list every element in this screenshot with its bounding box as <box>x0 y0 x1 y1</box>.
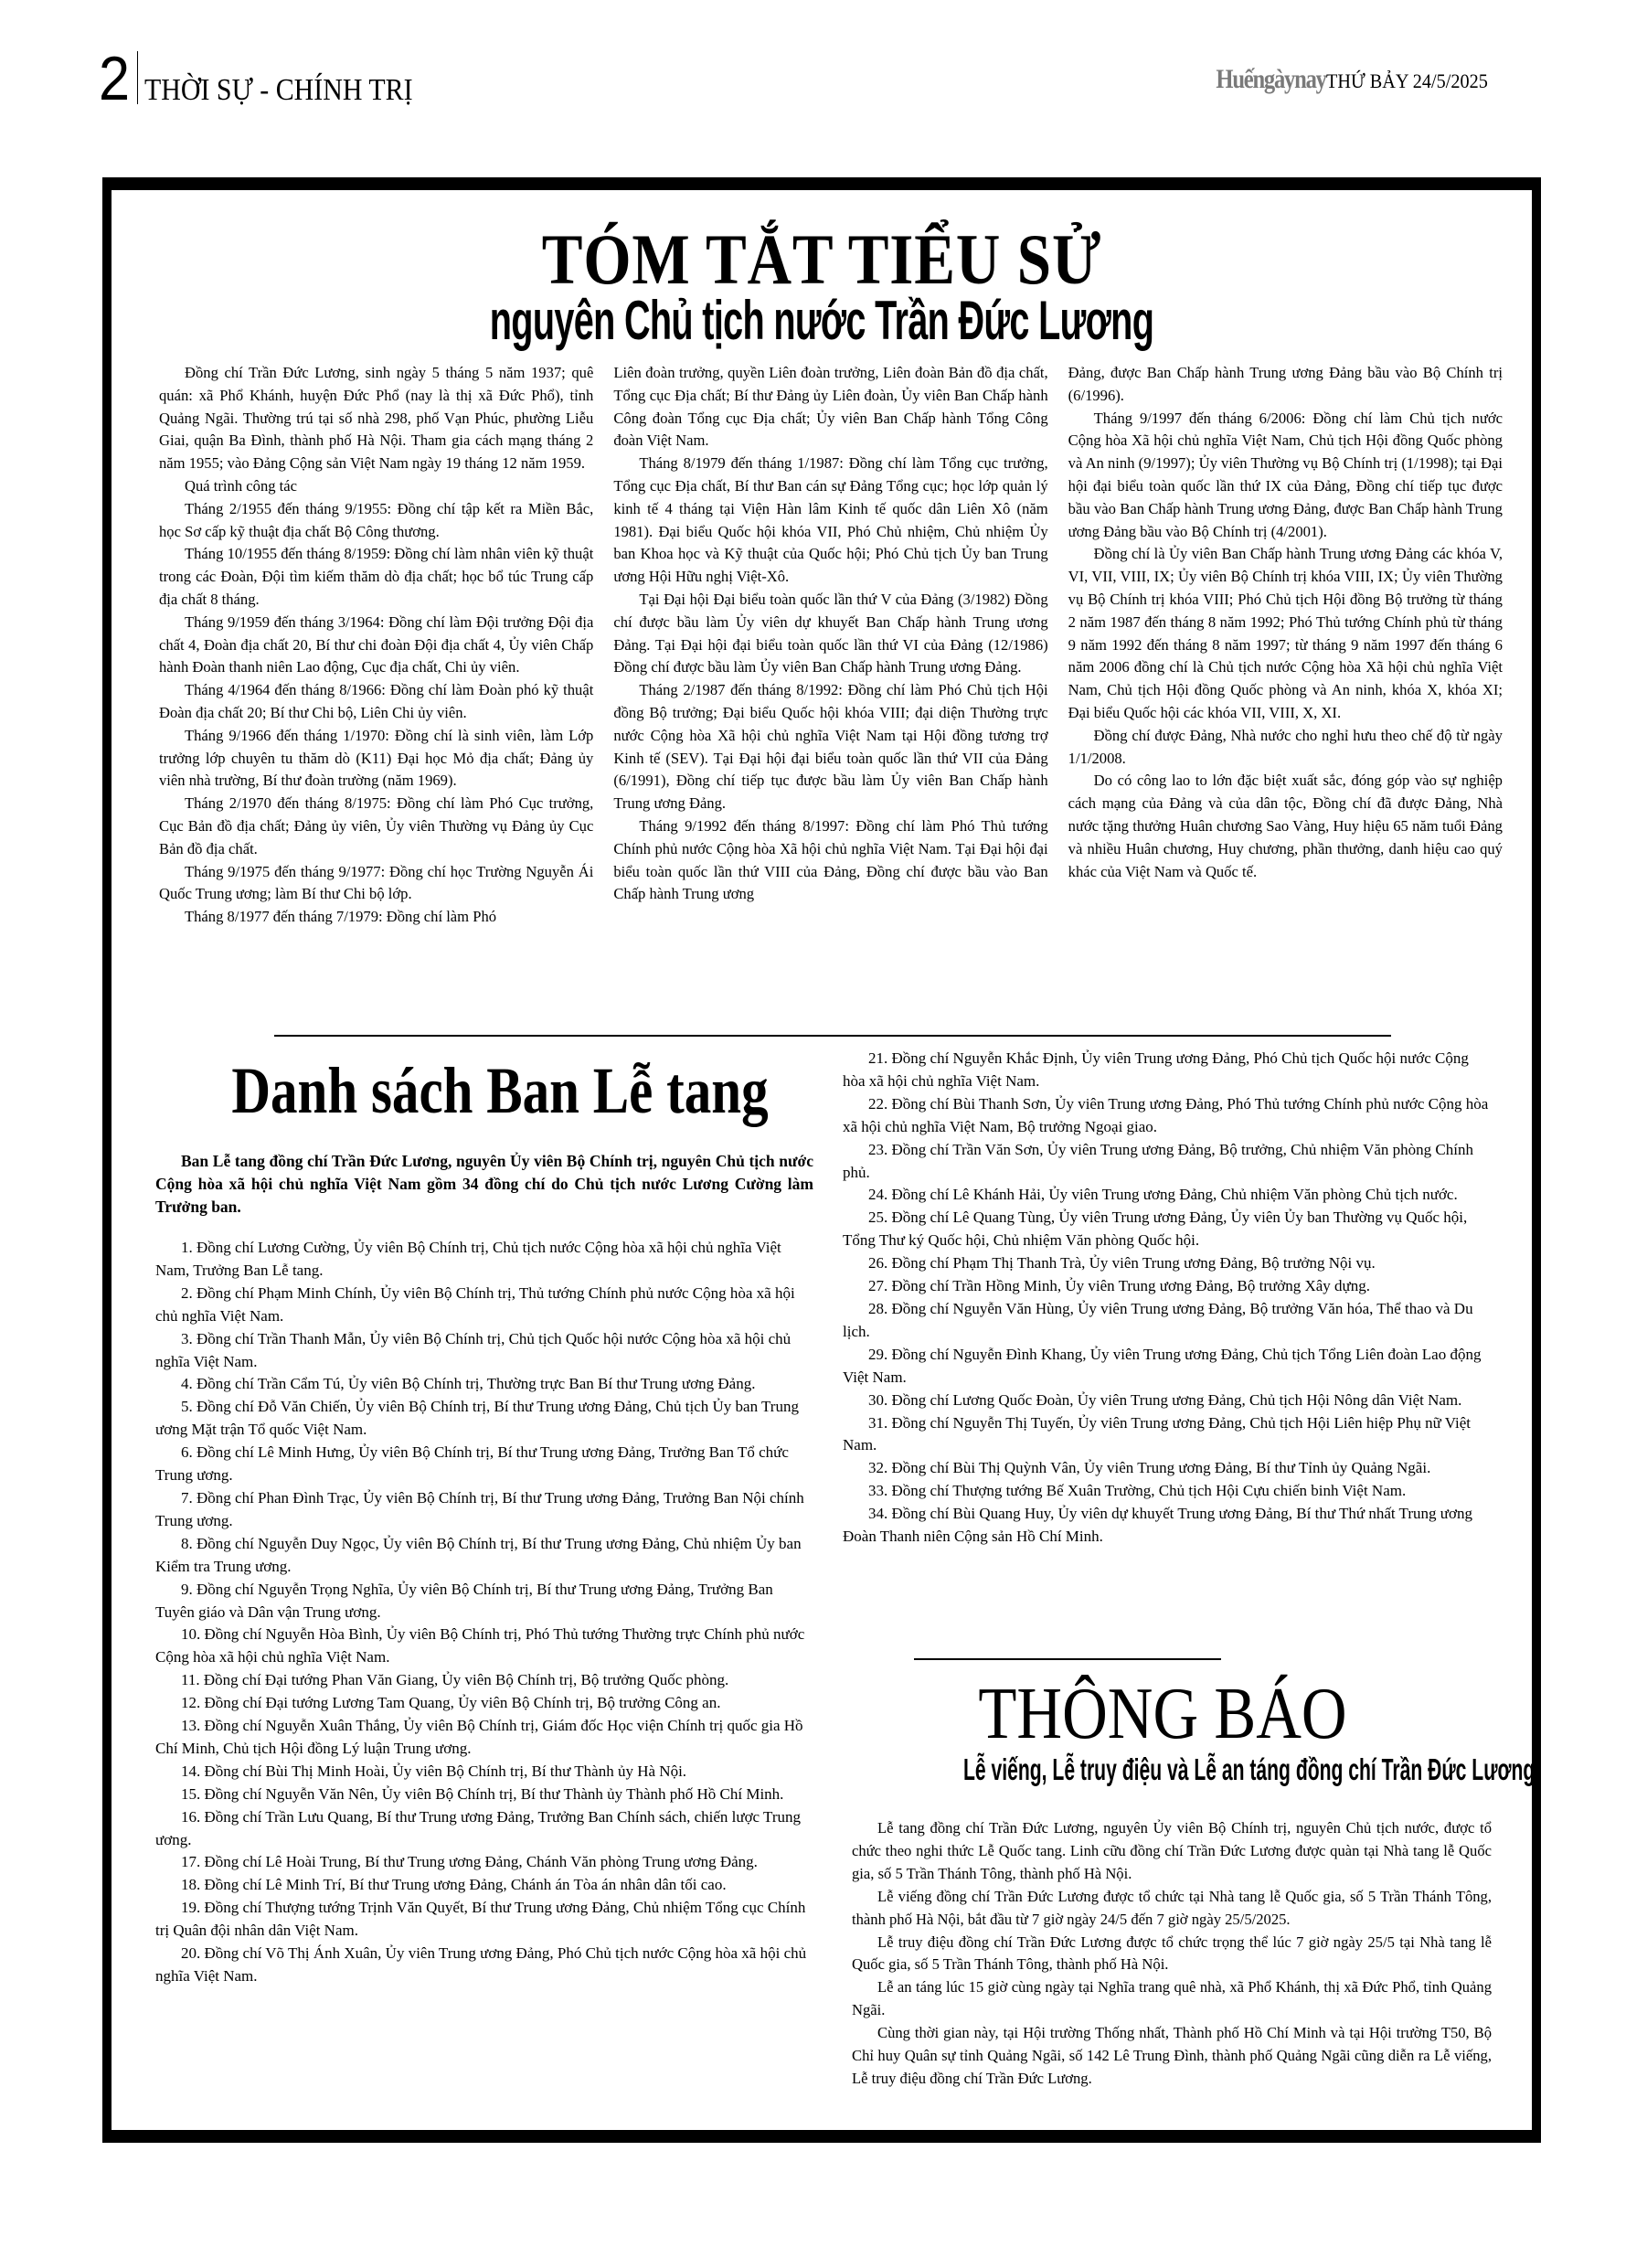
bio-paragraph: Liên đoàn trưởng, quyền Liên đoàn trưởng… <box>613 362 1047 453</box>
notice-paragraph: Lễ viếng đồng chí Trần Đức Lương được tổ… <box>852 1886 1492 1932</box>
committee-member: 3. Đồng chí Trần Thanh Mẫn, Ủy viên Bộ C… <box>155 1328 813 1374</box>
bio-paragraph: Tháng 9/1966 đến tháng 1/1970: Đồng chí … <box>159 725 593 793</box>
committee-list-left: 1. Đồng chí Lương Cường, Ủy viên Bộ Chín… <box>155 1237 813 1988</box>
committee-member: 16. Đồng chí Trần Lưu Quang, Bí thư Trun… <box>155 1806 813 1852</box>
bio-subtitle: nguyên Chủ tịch nước Trần Đức Lương <box>353 291 1291 351</box>
committee-member: 25. Đồng chí Lê Quang Tùng, Ủy viên Trun… <box>843 1207 1492 1252</box>
section-divider <box>274 1035 1391 1037</box>
notice-subtitle: Lễ viếng, Lễ truy điệu và Lễ an táng đồn… <box>963 1752 1373 1788</box>
committee-title: Danh sách Ban Lễ tang <box>211 1054 788 1127</box>
committee-member: 15. Đồng chí Nguyễn Văn Nên, Ủy viên Bộ … <box>155 1784 813 1806</box>
committee-member: 7. Đồng chí Phan Đình Trạc, Ủy viên Bộ C… <box>155 1487 813 1533</box>
committee-member: 14. Đồng chí Bùi Thị Minh Hoài, Ủy viên … <box>155 1761 813 1784</box>
obituary-box: TÓM TẮT TIỂU SỬ nguyên Chủ tịch nước Trầ… <box>102 177 1541 2143</box>
committee-member: 31. Đồng chí Nguyễn Thị Tuyến, Ủy viên T… <box>843 1412 1492 1458</box>
committee-member: 32. Đồng chí Bùi Thị Quỳnh Vân, Ủy viên … <box>843 1457 1492 1480</box>
notice-paragraph: Cùng thời gian này, tại Hội trường Thống… <box>852 2022 1492 2091</box>
notice-body: Lễ tang đồng chí Trần Đức Lương, nguyên … <box>852 1817 1492 2091</box>
notice-title: THÔNG BÁO <box>903 1676 1422 1752</box>
committee-member: 19. Đồng chí Thượng tướng Trịnh Văn Quyế… <box>155 1897 813 1943</box>
notice-paragraph: Lễ an táng lúc 15 giờ cùng ngày tại Nghĩ… <box>852 1976 1492 2022</box>
committee-member: 24. Đồng chí Lê Khánh Hải, Ủy viên Trung… <box>843 1184 1492 1207</box>
bio-paragraph: Đồng chí là Ủy viên Ban Chấp hành Trung … <box>1068 543 1503 724</box>
bio-paragraph: Đồng chí Trần Đức Lương, sinh ngày 5 thá… <box>159 362 593 475</box>
bio-paragraph: Tháng 9/1992 đến tháng 8/1997: Đồng chí … <box>613 815 1047 906</box>
committee-member: 4. Đồng chí Trần Cẩm Tú, Ủy viên Bộ Chín… <box>155 1373 813 1396</box>
notice-divider <box>914 1658 1221 1660</box>
committee-list-right: 21. Đồng chí Nguyễn Khắc Định, Ủy viên T… <box>843 1048 1492 1549</box>
bio-paragraph: Tháng 9/1959 đến tháng 3/1964: Đồng chí … <box>159 612 593 679</box>
bio-paragraph: Tháng 9/1997 đến tháng 6/2006: Đồng chí … <box>1068 408 1503 544</box>
committee-member: 28. Đồng chí Nguyễn Văn Hùng, Ủy viên Tr… <box>843 1298 1492 1344</box>
bio-column-2: Liên đoàn trưởng, quyền Liên đoàn trưởng… <box>613 362 1047 1020</box>
source-name: Báo Nhân dân <box>1404 2130 1488 2145</box>
page-number: 2 <box>99 51 130 106</box>
committee-member: 2. Đồng chí Phạm Minh Chính, Ủy viên Bộ … <box>155 1283 813 1328</box>
committee-member: 5. Đồng chí Đỗ Văn Chiến, Ủy viên Bộ Chí… <box>155 1396 813 1442</box>
bio-column-1: Đồng chí Trần Đức Lương, sinh ngày 5 thá… <box>159 362 593 1020</box>
committee-member: 23. Đồng chí Trần Văn Sơn, Ủy viên Trung… <box>843 1139 1492 1185</box>
committee-member: 18. Đồng chí Lê Minh Trí, Bí thư Trung ư… <box>155 1874 813 1897</box>
committee-member: 21. Đồng chí Nguyễn Khắc Định, Ủy viên T… <box>843 1048 1492 1093</box>
bio-title: TÓM TẮT TIỂU SỬ <box>211 223 1432 296</box>
page-header: 2 THỜI SỰ - CHÍNH TRỊ Huếngàynay THỨ BẢY… <box>99 44 1552 117</box>
page-number-rule <box>137 51 138 104</box>
committee-member: 30. Đồng chí Lương Quốc Đoàn, Ủy viên Tr… <box>843 1390 1492 1412</box>
committee-intro-text: Ban Lễ tang đồng chí Trần Đức Lương, ngu… <box>155 1150 813 1219</box>
bio-paragraph: Tháng 2/1955 đến tháng 9/1955: Đồng chí … <box>159 498 593 544</box>
bio-paragraph: Tháng 8/1977 đến tháng 7/1979: Đồng chí … <box>159 906 593 929</box>
committee-member: 1. Đồng chí Lương Cường, Ủy viên Bộ Chín… <box>155 1237 813 1283</box>
bio-subheading: Quá trình công tác <box>159 475 593 498</box>
notice-paragraph: Lễ tang đồng chí Trần Đức Lương, nguyên … <box>852 1817 1492 1886</box>
committee-member: 29. Đồng chí Nguyễn Đình Khang, Ủy viên … <box>843 1344 1492 1390</box>
bio-paragraph: Tháng 2/1987 đến tháng 8/1992: Đồng chí … <box>613 679 1047 815</box>
source-prefix: Theo <box>1370 2130 1397 2145</box>
committee-member: 26. Đồng chí Phạm Thị Thanh Trà, Ủy viên… <box>843 1252 1492 1275</box>
source-credit: Theo Báo Nhân dân <box>1370 2130 1488 2146</box>
committee-member: 17. Đồng chí Lê Hoài Trung, Bí thư Trung… <box>155 1851 813 1874</box>
bio-paragraph: Tháng 4/1964 đến tháng 8/1966: Đồng chí … <box>159 679 593 725</box>
committee-member: 6. Đồng chí Lê Minh Hưng, Ủy viên Bộ Chí… <box>155 1442 813 1487</box>
section-label: THỜI SỰ - CHÍNH TRỊ <box>144 73 413 108</box>
committee-intro: Ban Lễ tang đồng chí Trần Đức Lương, ngu… <box>155 1150 813 1219</box>
masthead: Huếngàynay THỨ BẢY 24/5/2025 <box>1192 64 1502 95</box>
committee-member: 9. Đồng chí Nguyễn Trọng Nghĩa, Ủy viên … <box>155 1579 813 1624</box>
committee-member: 8. Đồng chí Nguyễn Duy Ngọc, Ủy viên Bộ … <box>155 1533 813 1579</box>
bio-paragraph: Đồng chí được Đảng, Nhà nước cho nghỉ hư… <box>1068 725 1503 771</box>
bio-column-3: Đảng, được Ban Chấp hành Trung ương Đảng… <box>1068 362 1503 1020</box>
committee-member: 22. Đồng chí Bùi Thanh Sơn, Ủy viên Trun… <box>843 1093 1492 1139</box>
committee-member: 11. Đồng chí Đại tướng Phan Văn Giang, Ủ… <box>155 1669 813 1692</box>
bio-paragraph: Tháng 8/1979 đến tháng 1/1987: Đồng chí … <box>613 453 1047 589</box>
committee-member: 10. Đồng chí Nguyễn Hòa Bình, Ủy viên Bộ… <box>155 1624 813 1669</box>
committee-member: 12. Đồng chí Đại tướng Lương Tam Quang, … <box>155 1692 813 1715</box>
committee-member: 13. Đồng chí Nguyễn Xuân Thắng, Ủy viên … <box>155 1715 813 1761</box>
issue-date: THỨ BẢY 24/5/2025 <box>1326 69 1488 93</box>
committee-member: 20. Đồng chí Võ Thị Ánh Xuân, Ủy viên Tr… <box>155 1943 813 1988</box>
bio-paragraph: Do có công lao to lớn đặc biệt xuất sắc,… <box>1068 770 1503 883</box>
committee-member: 27. Đồng chí Trần Hồng Minh, Ủy viên Tru… <box>843 1275 1492 1298</box>
notice-paragraph: Lễ truy điệu đồng chí Trần Đức Lương đượ… <box>852 1932 1492 1977</box>
bio-paragraph: Tháng 10/1955 đến tháng 8/1959: Đồng chí… <box>159 543 593 611</box>
committee-member: 33. Đồng chí Thượng tướng Bế Xuân Trường… <box>843 1480 1492 1503</box>
newspaper-logo: Huếngàynay <box>1216 64 1325 95</box>
bio-paragraph: Tháng 9/1975 đến tháng 9/1977: Đồng chí … <box>159 861 593 907</box>
bio-columns: Đồng chí Trần Đức Lương, sinh ngày 5 thá… <box>159 362 1503 1020</box>
bio-paragraph: Tại Đại hội Đại biểu toàn quốc lần thứ V… <box>613 589 1047 679</box>
bio-paragraph: Đảng, được Ban Chấp hành Trung ương Đảng… <box>1068 362 1503 408</box>
committee-member: 34. Đồng chí Bùi Quang Huy, Ủy viên dự k… <box>843 1503 1492 1549</box>
bio-paragraph: Tháng 2/1970 đến tháng 8/1975: Đồng chí … <box>159 793 593 860</box>
